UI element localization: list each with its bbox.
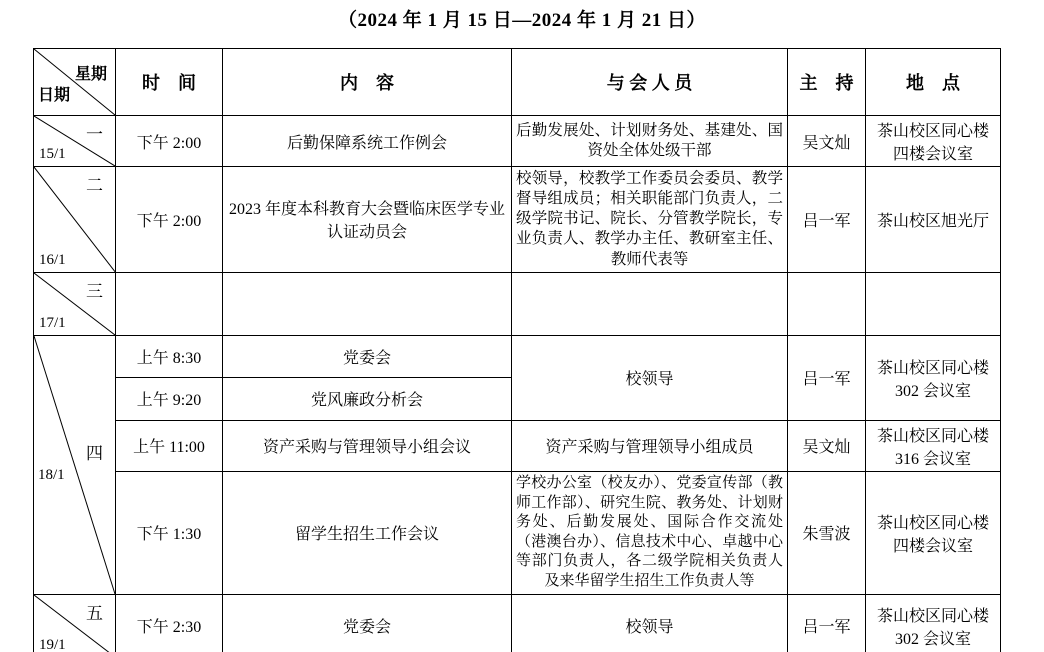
cell-time: 上午 11:00: [116, 420, 223, 471]
cell-content: 党风廉政分析会: [223, 377, 512, 420]
cell-location: 茶山校区旭光厅: [866, 167, 1001, 273]
cell-location-empty: [866, 272, 1001, 335]
cell-host: 吕一军: [788, 594, 866, 652]
cell-host: 朱雪波: [788, 471, 866, 594]
day-cell-monday: 一 15/1: [34, 116, 116, 167]
cell-time: 上午 8:30: [116, 335, 223, 377]
date-label: 16/1: [39, 252, 66, 269]
day-cell-wednesday: 三 17/1: [34, 272, 116, 335]
row-friday: 五 19/1 下午 2:30 党委会 校领导 吕一军 茶山校区同心楼 302 会…: [34, 594, 1001, 652]
corner-cell: 星期 日期: [34, 49, 116, 116]
day-cell-friday: 五 19/1: [34, 594, 116, 652]
cell-location-shared: 茶山校区同心楼 302 会议室: [866, 335, 1001, 420]
cell-content: 资产采购与管理领导小组会议: [223, 420, 512, 471]
cell-time: 下午 2:00: [116, 116, 223, 167]
header-cell-host: 主 持: [788, 49, 866, 116]
cell-host: 吕一军: [788, 167, 866, 273]
weekday-label: 一: [86, 120, 103, 145]
cell-attendees: 资产采购与管理领导小组成员: [512, 420, 788, 471]
day-cell-tuesday: 二 16/1: [34, 167, 116, 273]
row-wednesday: 三 17/1: [34, 272, 1001, 335]
day-cell-thursday: 四 18/1: [34, 335, 116, 594]
row-monday: 一 15/1 下午 2:00 后勤保障系统工作例会 后勤发展处、计划财务处、基建…: [34, 116, 1001, 167]
row-thursday-4: 下午 1:30 留学生招生工作会议 学校办公室（校友办）、党委宣传部（教师工作部…: [34, 471, 1001, 594]
cell-content: 后勤保障系统工作例会: [223, 116, 512, 167]
weekday-label: 四: [86, 439, 103, 464]
cell-location: 茶山校区同心楼四楼会议室: [866, 471, 1001, 594]
header-cell-location: 地 点: [866, 49, 1001, 116]
weekday-label: 五: [86, 599, 103, 624]
corner-date-label: 日期: [38, 82, 70, 105]
weekday-label: 三: [86, 277, 103, 302]
row-tuesday: 二 16/1 下午 2:00 2023 年度本科教育大会暨临床医学专业认证动员会…: [34, 167, 1001, 273]
weekday-label: 二: [86, 171, 103, 196]
date-label: 19/1: [39, 637, 66, 652]
corner-week-label: 星期: [75, 61, 107, 84]
cell-host-shared: 吕一军: [788, 335, 866, 420]
cell-content: 2023 年度本科教育大会暨临床医学专业认证动员会: [223, 167, 512, 273]
cell-time: 下午 2:00: [116, 167, 223, 273]
cell-location: 茶山校区同心楼 302 会议室: [866, 594, 1001, 652]
cell-location: 茶山校区同心楼 316 会议室: [866, 420, 1001, 471]
cell-content: 党委会: [223, 335, 512, 377]
cell-location: 茶山校区同心楼四楼会议室: [866, 116, 1001, 167]
cell-content-empty: [223, 272, 512, 335]
page-title: （2024 年 1 月 15 日—2024 年 1 月 21 日）: [0, 5, 1044, 32]
cell-host: 吴文灿: [788, 116, 866, 167]
cell-host: 吴文灿: [788, 420, 866, 471]
schedule-page: （2024 年 1 月 15 日—2024 年 1 月 21 日） 星期 日期 …: [0, 0, 1044, 652]
cell-content: 留学生招生工作会议: [223, 471, 512, 594]
diagonal-line: [34, 336, 115, 594]
header-cell-content: 内 容: [223, 49, 512, 116]
row-thursday-3: 上午 11:00 资产采购与管理领导小组会议 资产采购与管理领导小组成员 吴文灿…: [34, 420, 1001, 471]
date-label: 15/1: [39, 146, 66, 163]
header-cell-attendees: 与 会 人 员: [512, 49, 788, 116]
cell-attendees-shared: 校领导: [512, 335, 788, 420]
cell-attendees: 校领导，校教学工作委员会委员、教学督导组成员；相关职能部门负责人，二级学院书记、…: [512, 167, 788, 273]
header-cell-time: 时 间: [116, 49, 223, 116]
cell-host-empty: [788, 272, 866, 335]
date-label: 17/1: [39, 315, 66, 332]
row-thursday-1: 四 18/1 上午 8:30 党委会 校领导 吕一军 茶山校区同心楼 302 会…: [34, 335, 1001, 377]
cell-attendees: 后勤发展处、计划财务处、基建处、国资处全体处级干部: [512, 116, 788, 167]
cell-attendees-empty: [512, 272, 788, 335]
schedule-table: 星期 日期 时 间 内 容 与 会 人 员 主 持 地 点 一 15/1 下午 …: [33, 48, 1001, 652]
cell-time: 上午 9:20: [116, 377, 223, 420]
header-row: 星期 日期 时 间 内 容 与 会 人 员 主 持 地 点: [34, 49, 1001, 116]
cell-content: 党委会: [223, 594, 512, 652]
date-label: 18/1: [38, 467, 65, 484]
cell-attendees: 学校办公室（校友办）、党委宣传部（教师工作部）、研究生院、教务处、计划财务处、后…: [512, 471, 788, 594]
cell-time-empty: [116, 272, 223, 335]
cell-attendees: 校领导: [512, 594, 788, 652]
cell-time: 下午 2:30: [116, 594, 223, 652]
cell-time: 下午 1:30: [116, 471, 223, 594]
